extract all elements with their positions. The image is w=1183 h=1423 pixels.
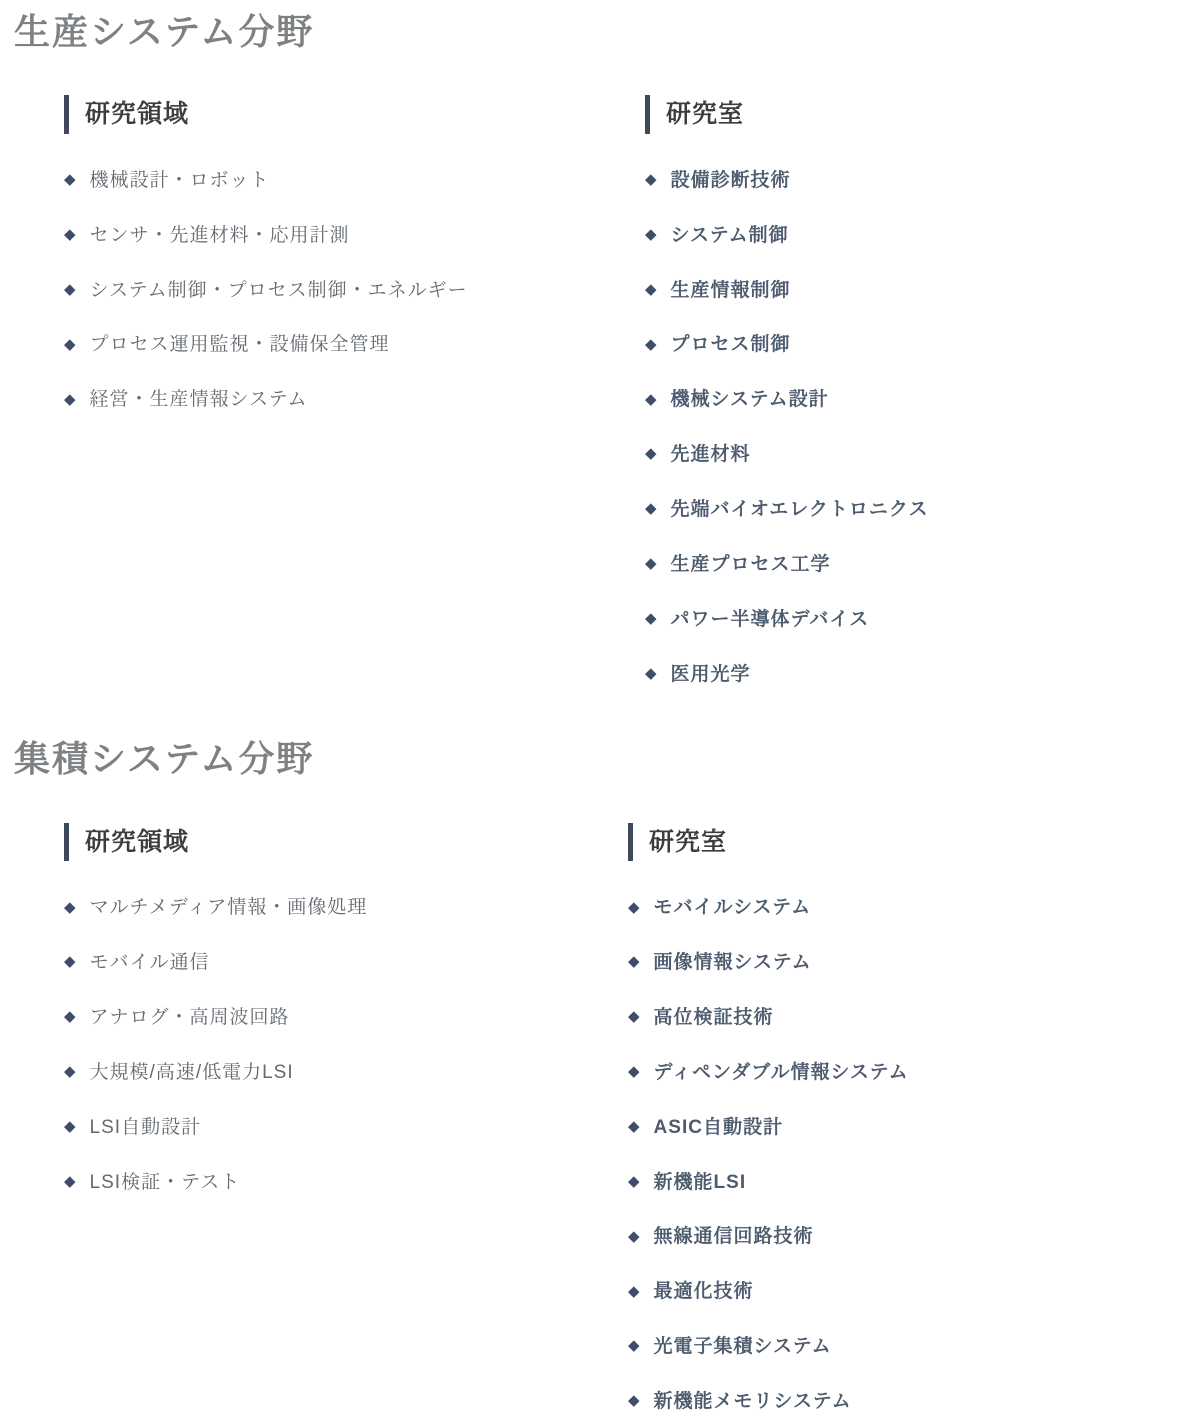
lab-link-label[interactable]: プロセス制御	[671, 334, 791, 356]
heading-research-areas-integrated: 研究領域	[64, 823, 592, 862]
diamond-bullet-icon: ◆	[64, 281, 77, 298]
diamond-bullet-icon: ◆	[628, 1118, 641, 1135]
research-area-label: LSI自動設計	[90, 1117, 202, 1139]
diamond-bullet-icon: ◆	[628, 1283, 641, 1300]
column-research-areas-integrated: 研究領域 ◆ マルチメディア情報・画像処理 ◆ モバイル通信 ◆ アナログ・高周…	[0, 823, 592, 1194]
research-area-item: ◆ LSI自動設計	[64, 1117, 592, 1139]
lab-link-label[interactable]: 機械システム設計	[671, 389, 829, 411]
diamond-bullet-icon: ◆	[628, 1173, 641, 1190]
lab-item[interactable]: ◆ 生産情報制御	[645, 280, 1183, 302]
research-area-item: ◆ モバイル通信	[64, 952, 592, 974]
diamond-bullet-icon: ◆	[645, 665, 658, 682]
columns-integrated: 研究領域 ◆ マルチメディア情報・画像処理 ◆ モバイル通信 ◆ アナログ・高周…	[0, 823, 1183, 1413]
diamond-bullet-icon: ◆	[645, 610, 658, 627]
labs-list-production: ◆ 設備診断技術 ◆ システム制御 ◆ 生産情報制御 ◆ プロセス制御	[645, 170, 1183, 685]
heading-labs-production: 研究室	[645, 95, 1183, 134]
lab-link-label[interactable]: ディペンダブル情報システム	[654, 1062, 909, 1084]
section-integrated-systems: 集積システム分野 研究領域 ◆ マルチメディア情報・画像処理 ◆ モバイル通信 …	[0, 737, 1183, 1412]
lab-link-label[interactable]: 新機能メモリシステム	[654, 1391, 852, 1413]
research-area-label: センサ・先進材料・応用計測	[90, 225, 350, 247]
lab-item[interactable]: ◆ 光電子集積システム	[628, 1336, 1183, 1358]
lab-item[interactable]: ◆ 高位検証技術	[628, 1007, 1183, 1029]
diamond-bullet-icon: ◆	[628, 1063, 641, 1080]
diamond-bullet-icon: ◆	[64, 953, 77, 970]
research-area-label: モバイル通信	[90, 952, 210, 974]
research-areas-list-production: ◆ 機械設計・ロボット ◆ センサ・先進材料・応用計測 ◆ システム制御・プロセ…	[64, 170, 592, 411]
columns-production: 研究領域 ◆ 機械設計・ロボット ◆ センサ・先進材料・応用計測 ◆ システム制…	[0, 95, 1183, 685]
lab-link-label[interactable]: システム制御	[671, 225, 789, 247]
lab-link-label[interactable]: 最適化技術	[654, 1281, 754, 1303]
lab-item[interactable]: ◆ システム制御	[645, 225, 1183, 247]
diamond-bullet-icon: ◆	[64, 899, 77, 916]
lab-item[interactable]: ◆ 新機能メモリシステム	[628, 1391, 1183, 1413]
diamond-bullet-icon: ◆	[645, 171, 658, 188]
diamond-bullet-icon: ◆	[64, 1173, 77, 1190]
research-area-item: ◆ マルチメディア情報・画像処理	[64, 897, 592, 919]
research-area-label: アナログ・高周波回路	[90, 1007, 290, 1029]
heading-research-areas-production: 研究領域	[64, 95, 592, 134]
lab-item[interactable]: ◆ 先進材料	[645, 444, 1183, 466]
lab-item[interactable]: ◆ プロセス制御	[645, 334, 1183, 356]
research-area-label: LSI検証・テスト	[90, 1172, 241, 1194]
lab-link-label[interactable]: 医用光学	[671, 664, 751, 686]
lab-link-label[interactable]: 先進材料	[671, 444, 751, 466]
diamond-bullet-icon: ◆	[628, 899, 641, 916]
lab-item[interactable]: ◆ ディペンダブル情報システム	[628, 1062, 1183, 1084]
diamond-bullet-icon: ◆	[64, 226, 77, 243]
diamond-bullet-icon: ◆	[628, 1337, 641, 1354]
diamond-bullet-icon: ◆	[64, 1118, 77, 1135]
lab-item[interactable]: ◆ 生産プロセス工学	[645, 554, 1183, 576]
diamond-bullet-icon: ◆	[628, 953, 641, 970]
diamond-bullet-icon: ◆	[645, 445, 658, 462]
lab-item[interactable]: ◆ 機械システム設計	[645, 389, 1183, 411]
section-title-integrated: 集積システム分野	[14, 737, 1183, 780]
lab-item[interactable]: ◆ パワー半導体デバイス	[645, 609, 1183, 631]
section-production-systems: 生産システム分野 研究領域 ◆ 機械設計・ロボット ◆ センサ・先進材料・応用計…	[0, 10, 1183, 685]
lab-link-label[interactable]: 画像情報システム	[654, 952, 812, 974]
diamond-bullet-icon: ◆	[645, 500, 658, 517]
lab-link-label[interactable]: 生産情報制御	[671, 280, 791, 302]
research-area-label: システム制御・プロセス制御・エネルギー	[90, 280, 468, 302]
research-area-item: ◆ アナログ・高周波回路	[64, 1007, 592, 1029]
research-area-label: 機械設計・ロボット	[90, 170, 270, 192]
diamond-bullet-icon: ◆	[645, 555, 658, 572]
lab-link-label[interactable]: パワー半導体デバイス	[671, 609, 870, 631]
lab-item[interactable]: ◆ 新機能LSI	[628, 1172, 1183, 1194]
lab-item[interactable]: ◆ 無線通信回路技術	[628, 1226, 1183, 1248]
diamond-bullet-icon: ◆	[645, 281, 658, 298]
research-area-label: プロセス運用監視・設備保全管理	[90, 334, 390, 356]
research-area-item: ◆ システム制御・プロセス制御・エネルギー	[64, 280, 592, 302]
lab-item[interactable]: ◆ 画像情報システム	[628, 952, 1183, 974]
research-area-item: ◆ LSI検証・テスト	[64, 1172, 592, 1194]
lab-link-label[interactable]: 設備診断技術	[671, 170, 791, 192]
diamond-bullet-icon: ◆	[64, 336, 77, 353]
lab-item[interactable]: ◆ 先端バイオエレクトロニクス	[645, 499, 1183, 521]
heading-labs-integrated: 研究室	[628, 823, 1183, 862]
column-labs-integrated: 研究室 ◆ モバイルシステム ◆ 画像情報システム ◆ 高位検証技術	[592, 823, 1183, 1413]
lab-link-label[interactable]: 無線通信回路技術	[654, 1226, 814, 1248]
diamond-bullet-icon: ◆	[64, 1008, 77, 1025]
lab-item[interactable]: ◆ 設備診断技術	[645, 170, 1183, 192]
diamond-bullet-icon: ◆	[64, 1063, 77, 1080]
diamond-bullet-icon: ◆	[628, 1008, 641, 1025]
research-fields-page: 生産システム分野 研究領域 ◆ 機械設計・ロボット ◆ センサ・先進材料・応用計…	[0, 0, 1183, 1423]
lab-link-label[interactable]: 高位検証技術	[654, 1007, 774, 1029]
lab-link-label[interactable]: 生産プロセス工学	[671, 554, 831, 576]
research-area-item: ◆ 機械設計・ロボット	[64, 170, 592, 192]
diamond-bullet-icon: ◆	[64, 391, 77, 408]
labs-list-integrated: ◆ モバイルシステム ◆ 画像情報システム ◆ 高位検証技術 ◆ ディペンダブル…	[628, 897, 1183, 1412]
research-area-label: 大規模/高速/低電力LSI	[90, 1062, 294, 1084]
lab-item[interactable]: ◆ モバイルシステム	[628, 897, 1183, 919]
research-areas-list-integrated: ◆ マルチメディア情報・画像処理 ◆ モバイル通信 ◆ アナログ・高周波回路 ◆…	[64, 897, 592, 1193]
lab-item[interactable]: ◆ 最適化技術	[628, 1281, 1183, 1303]
research-area-item: ◆ 大規模/高速/低電力LSI	[64, 1062, 592, 1084]
diamond-bullet-icon: ◆	[64, 171, 77, 188]
section-title-production: 生産システム分野	[14, 10, 1183, 53]
lab-link-label[interactable]: モバイルシステム	[654, 897, 812, 919]
diamond-bullet-icon: ◆	[628, 1392, 641, 1409]
column-research-areas-production: 研究領域 ◆ 機械設計・ロボット ◆ センサ・先進材料・応用計測 ◆ システム制…	[0, 95, 592, 411]
lab-link-label[interactable]: 新機能LSI	[654, 1172, 747, 1194]
lab-link-label[interactable]: 光電子集積システム	[654, 1336, 832, 1358]
research-area-label: 経営・生産情報システム	[90, 389, 308, 411]
lab-item[interactable]: ◆ 医用光学	[645, 664, 1183, 686]
diamond-bullet-icon: ◆	[628, 1228, 641, 1245]
research-area-item: ◆ センサ・先進材料・応用計測	[64, 225, 592, 247]
research-area-item: ◆ プロセス運用監視・設備保全管理	[64, 334, 592, 356]
lab-item[interactable]: ◆ ASIC自動設計	[628, 1117, 1183, 1139]
diamond-bullet-icon: ◆	[645, 391, 658, 408]
diamond-bullet-icon: ◆	[645, 226, 658, 243]
research-area-label: マルチメディア情報・画像処理	[90, 897, 368, 919]
column-labs-production: 研究室 ◆ 設備診断技術 ◆ システム制御 ◆ 生産情報制御	[592, 95, 1183, 685]
lab-link-label[interactable]: ASIC自動設計	[654, 1117, 783, 1139]
lab-link-label[interactable]: 先端バイオエレクトロニクス	[671, 499, 929, 521]
diamond-bullet-icon: ◆	[645, 336, 658, 353]
research-area-item: ◆ 経営・生産情報システム	[64, 389, 592, 411]
